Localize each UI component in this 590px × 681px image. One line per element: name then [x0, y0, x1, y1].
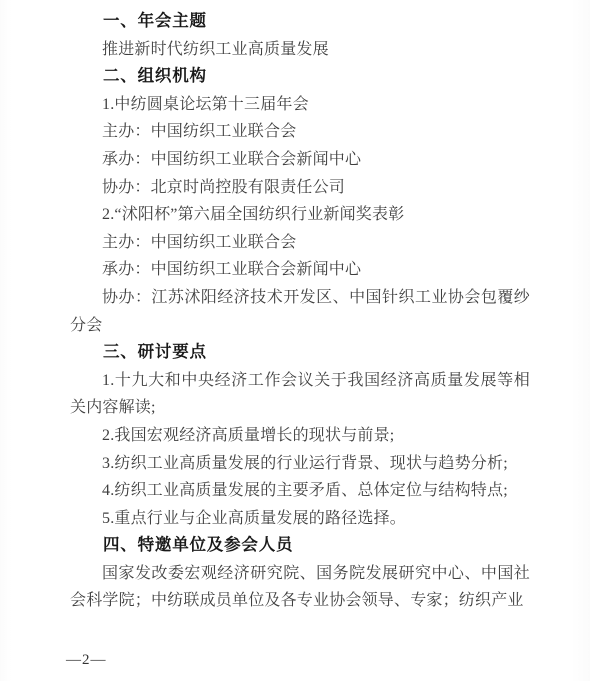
paragraph-participants: 国家发改委宏观经济研究院、国务院发展研究中心、中国社会科学院；中纺联成员单位及各… [70, 560, 530, 615]
paragraph-event-1: 1.中纺圆桌论坛第十三届年会 [70, 91, 530, 119]
section-heading-organization: 二、组织机构 [70, 63, 530, 91]
paragraph-host-1: 主办：中国纺织工业联合会 [70, 118, 530, 146]
paragraph-topic-5: 5.重点行业与企业高质量发展的路径选择。 [70, 505, 530, 533]
paragraph-host-2: 主办：中国纺织工业联合会 [70, 229, 530, 257]
paragraph-theme: 推进新时代纺织工业高质量发展 [70, 36, 530, 64]
paragraph-organizer-1: 承办：中国纺织工业联合会新闻中心 [70, 146, 530, 174]
section-heading-annual-theme: 一、年会主题 [70, 8, 530, 36]
document-page: 一、年会主题 推进新时代纺织工业高质量发展 二、组织机构 1.中纺圆桌论坛第十三… [0, 0, 590, 681]
section-heading-topics: 三、研讨要点 [70, 339, 530, 367]
paragraph-organizer-2: 承办：中国纺织工业联合会新闻中心 [70, 256, 530, 284]
paragraph-coorganizer-1: 协办：北京时尚控股有限责任公司 [70, 174, 530, 202]
paragraph-topic-2: 2.我国宏观经济高质量增长的现状与前景; [70, 422, 530, 450]
paragraph-topic-4: 4.纺织工业高质量发展的主要矛盾、总体定位与结构特点; [70, 477, 530, 505]
paragraph-topic-3: 3.纺织工业高质量发展的行业运行背景、现状与趋势分析; [70, 450, 530, 478]
section-heading-participants: 四、特邀单位及参会人员 [70, 532, 530, 560]
paragraph-topic-1: 1.十九大和中央经济工作会议关于我国经济高质量发展等相关内容解读; [70, 367, 530, 422]
page-number: —2— [66, 652, 107, 669]
paragraph-event-2: 2.“沭阳杯”第六届全国纺织行业新闻奖表彰 [70, 201, 530, 229]
document-body: 一、年会主题 推进新时代纺织工业高质量发展 二、组织机构 1.中纺圆桌论坛第十三… [70, 8, 530, 615]
paragraph-coorganizer-2: 协办：江苏沭阳经济技术开发区、中国针织工业协会包覆纱分会 [70, 284, 530, 339]
